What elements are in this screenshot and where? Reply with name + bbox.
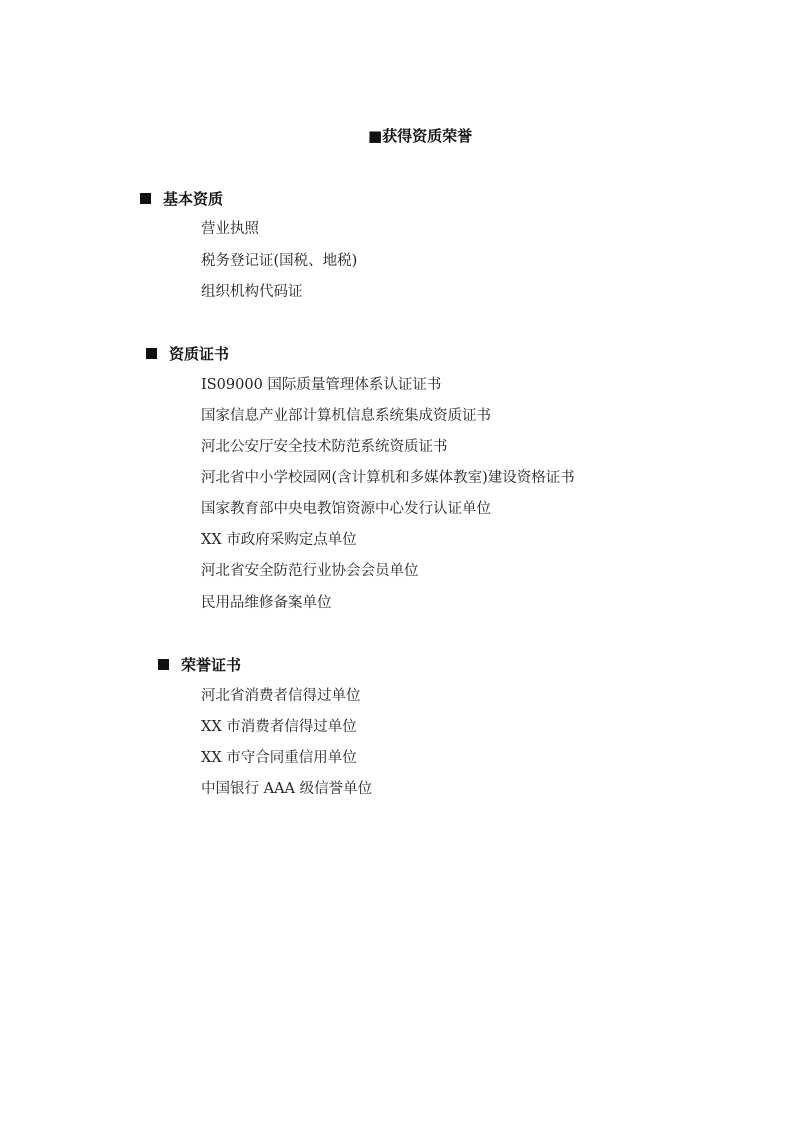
list-item: 河北省中小学校园网(含计算机和多媒体教室)建设资格证书 [201, 468, 575, 488]
list-item: 税务登记证(国税、地税) [201, 251, 357, 271]
list-item: XX 市政府采购定点单位 [201, 530, 357, 550]
section-heading-label: 基本资质 [163, 190, 223, 208]
list-item: XX 市消费者信得过单位 [201, 717, 357, 737]
list-item: 河北省安全防范行业协会会员单位 [201, 561, 419, 581]
list-item: 民用品维修备案单位 [201, 593, 332, 613]
section-heading-label: 资质证书 [169, 345, 229, 363]
square-bullet-icon [146, 348, 157, 359]
list-item: 组织机构代码证 [201, 282, 303, 302]
list-item: IS09000 国际质量管理体系认证证书 [201, 375, 441, 395]
section-heading-basic-qualifications: 基本资质 [140, 189, 223, 209]
section-heading-honor-certificates: 荣誉证书 [158, 655, 241, 675]
list-item: 营业执照 [201, 219, 259, 239]
list-item: 国家教育部中央电教馆资源中心发行认证单位 [201, 499, 491, 519]
list-item: 国家信息产业部计算机信息系统集成资质证书 [201, 406, 491, 426]
list-item: 河北公安厅安全技术防范系统资质证书 [201, 437, 448, 457]
square-bullet-icon [158, 659, 169, 670]
square-bullet-icon [140, 193, 151, 204]
section-heading-qualification-certificates: 资质证书 [146, 344, 229, 364]
list-item: XX 市守合同重信用单位 [201, 748, 357, 768]
page-title: ■获得资质荣誉 [368, 126, 472, 146]
list-item: 中国银行 AAA 级信誉单位 [201, 779, 372, 799]
list-item: 河北省消费者信得过单位 [201, 686, 361, 706]
section-heading-label: 荣誉证书 [181, 656, 241, 674]
